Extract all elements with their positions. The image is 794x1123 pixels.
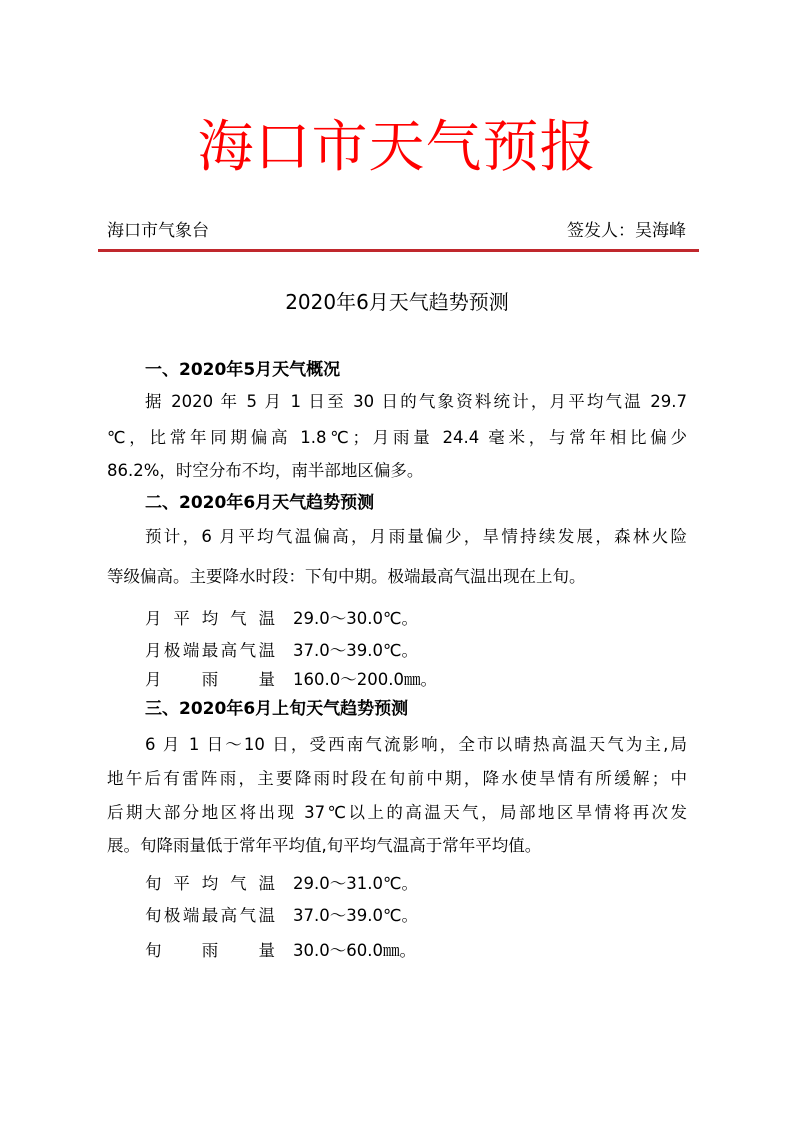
- item-label: 月极端最高气温: [145, 639, 275, 663]
- document-subtitle: 2020年6月天气趋势预测: [0, 288, 794, 316]
- forecast-item: 旬平均气温 29.0～31.0℃。: [145, 872, 418, 896]
- paragraph-line: 地午后有雷阵雨，主要降雨时段在旬前中期，降水使旱情有所缓解；中: [107, 767, 687, 791]
- forecast-item: 月雨量 160.0～200.0㎜。: [145, 668, 437, 692]
- forecast-item: 旬极端最高气温 37.0～39.0℃。: [145, 904, 418, 928]
- document-title: 海口市天气预报: [0, 112, 794, 184]
- paragraph-line: 展。旬降雨量低于常年平均值,旬平均气温高于常年平均值。: [107, 834, 687, 858]
- issuer-org: 海口市气象台: [107, 219, 209, 243]
- forecast-item: 旬雨量 30.0～60.0㎜。: [145, 939, 416, 963]
- section-heading-2: 二、2020年6月天气趋势预测: [145, 491, 374, 515]
- paragraph-line: ℃，比常年同期偏高 1.8℃；月雨量 24.4 毫米，与常年相比偏少: [107, 426, 687, 450]
- item-value: 29.0～31.0℃。: [293, 872, 418, 896]
- paragraph-line: 据 2020 年 5 月 1 日至 30 日的气象资料统计，月平均气温 29.7: [145, 390, 687, 414]
- item-value: 29.0～30.0℃。: [293, 607, 418, 631]
- section-heading-3: 三、2020年6月上旬天气趋势预测: [145, 697, 408, 721]
- paragraph-line: 后期大部分地区将出现 37℃以上的高温天气，局部地区旱情将再次发: [107, 801, 687, 825]
- item-value: 37.0～39.0℃。: [293, 639, 418, 663]
- header-divider: [98, 249, 699, 252]
- paragraph-line: 6 月 1 日～10 日，受西南气流影响，全市以晴热高温天气为主,局: [145, 733, 687, 757]
- item-label: 旬平均气温: [145, 872, 275, 896]
- section-heading-1: 一、2020年5月天气概况: [145, 358, 340, 382]
- item-value: 37.0～39.0℃。: [293, 904, 418, 928]
- paragraph-line: 预计，6 月平均气温偏高，月雨量偏少，旱情持续发展，森林火险: [145, 525, 687, 549]
- item-label: 旬雨量: [145, 939, 275, 963]
- item-value: 160.0～200.0㎜。: [293, 668, 437, 692]
- item-label: 旬极端最高气温: [145, 904, 275, 928]
- document-page: 海口市天气预报 海口市气象台 签发人：吴海峰 2020年6月天气趋势预测 一、2…: [0, 0, 794, 1123]
- forecast-item: 月极端最高气温 37.0～39.0℃。: [145, 639, 418, 663]
- paragraph-line: 等级偏高。主要降水时段：下旬中期。极端最高气温出现在上旬。: [107, 565, 687, 589]
- signer: 签发人：吴海峰: [567, 219, 686, 243]
- item-label: 月平均气温: [145, 607, 275, 631]
- item-label: 月雨量: [145, 668, 275, 692]
- item-value: 30.0～60.0㎜。: [293, 939, 416, 963]
- forecast-item: 月平均气温 29.0～30.0℃。: [145, 607, 418, 631]
- paragraph-line: 86.2%，时空分布不均，南半部地区偏多。: [107, 459, 687, 483]
